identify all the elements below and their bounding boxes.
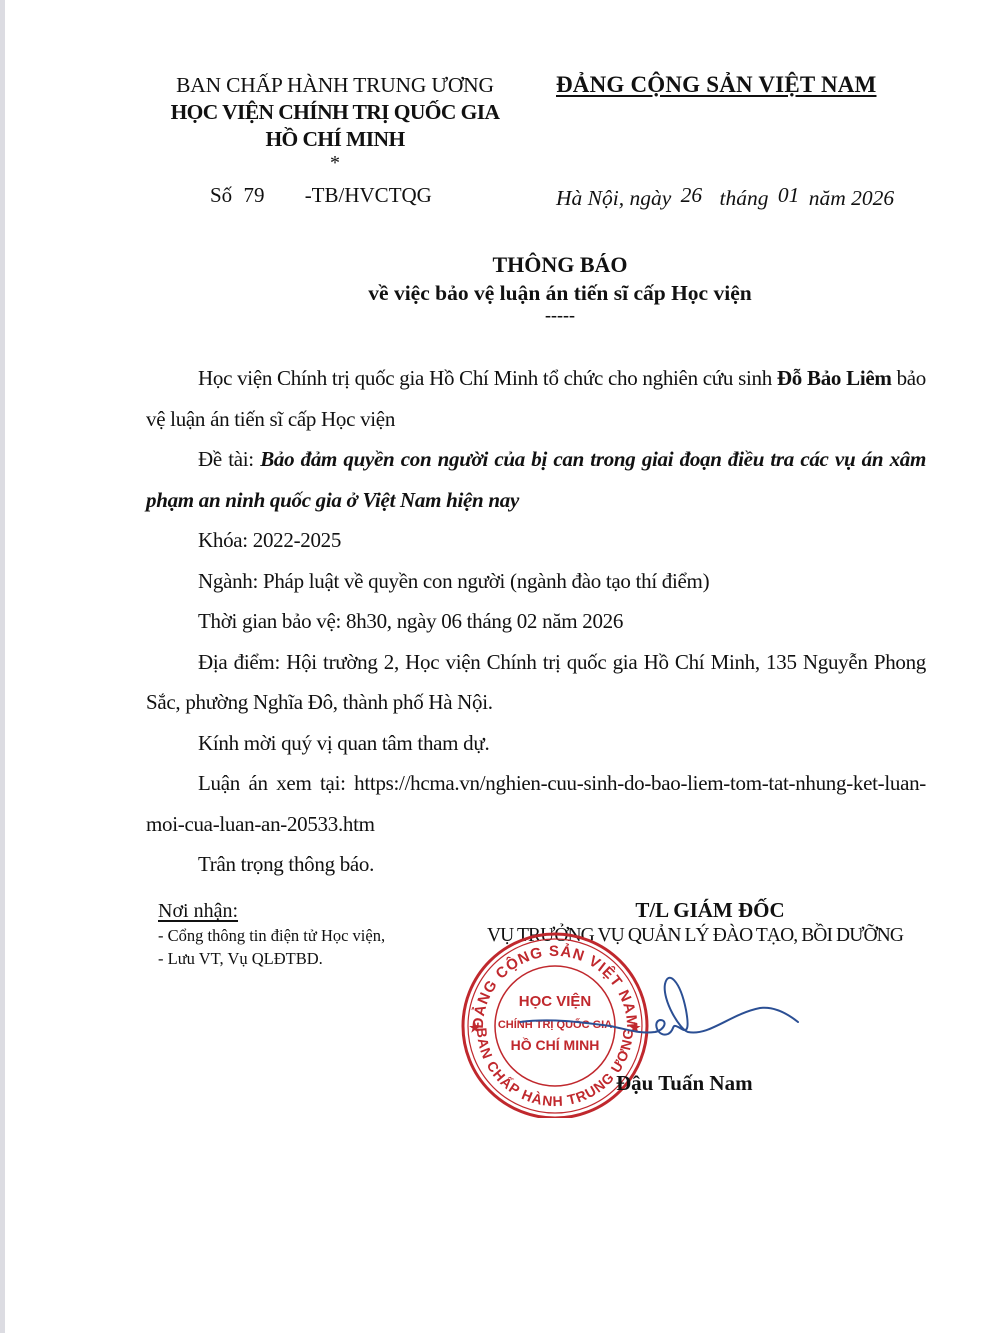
- title-main: THÔNG BÁO: [150, 251, 970, 279]
- location-paragraph: Địa điểm: Hội trường 2, Học viện Chính t…: [146, 642, 926, 723]
- date-day: 26: [681, 183, 703, 208]
- intro-text: Học viện Chính trị quốc gia Hồ Chí Minh …: [198, 366, 777, 390]
- recipients-title: Nơi nhận:: [158, 898, 385, 924]
- month-label: tháng: [720, 186, 769, 210]
- doc-number-suffix: -TB/HVCTQG: [305, 183, 432, 207]
- handwritten-signature-icon: [520, 970, 800, 1050]
- title-separator: -----: [150, 307, 970, 323]
- page-left-edge: [0, 0, 5, 1333]
- invitation-line: Kính mời quý vị quan tâm tham dự.: [146, 723, 926, 764]
- doc-number-value: 79: [243, 183, 299, 208]
- doc-number-prefix: Số: [210, 183, 232, 207]
- signer-position: VỤ TRƯỞNG VỤ QUẢN LÝ ĐÀO TẠO, BỒI DƯỠNG: [400, 923, 990, 949]
- major-line: Ngành: Pháp luật về quyền con người (ngà…: [146, 561, 926, 602]
- document-number: Số 79 -TB/HVCTQG: [210, 183, 432, 208]
- org-parent: BAN CHẤP HÀNH TRUNG ƯƠNG: [150, 72, 520, 99]
- closing-line: Trân trọng thông báo.: [146, 844, 926, 885]
- thesis-link-paragraph: Luận án xem tại: https://hcma.vn/nghien-…: [146, 763, 926, 844]
- place-date: Hà Nội, ngày 26 tháng 01 năm 2026: [556, 183, 894, 211]
- intro-paragraph: Học viện Chính trị quốc gia Hồ Chí Minh …: [146, 358, 926, 439]
- date-year: 2026: [851, 186, 894, 210]
- defense-time-line: Thời gian bảo vệ: 8h30, ngày 06 tháng 02…: [146, 601, 926, 642]
- recipients-block: Nơi nhận: - Cổng thông tin điện tử Học v…: [158, 898, 385, 970]
- topic-title: Bảo đảm quyền con người của bị can trong…: [146, 447, 926, 512]
- party-heading: ĐẢNG CỘNG SẢN VIỆT NAM: [556, 72, 876, 98]
- title-subtitle: về việc bảo vệ luận án tiến sĩ cấp Học v…: [150, 279, 970, 307]
- candidate-name: Đỗ Bảo Liêm: [777, 366, 892, 390]
- issuing-organization: BAN CHẤP HÀNH TRUNG ƯƠNG HỌC VIỆN CHÍNH …: [150, 72, 520, 171]
- recipient-item: - Cổng thông tin điện tử Học viện,: [158, 924, 385, 947]
- on-behalf-title: T/L GIÁM ĐỐC: [430, 897, 990, 923]
- recipient-item: - Lưu VT, Vụ QLĐTBD.: [158, 947, 385, 970]
- place: Hà Nội, ngày: [556, 186, 671, 210]
- course-line: Khóa: 2022-2025: [146, 520, 926, 561]
- document-title: THÔNG BÁO về việc bảo vệ luận án tiến sĩ…: [150, 251, 970, 323]
- org-name-line2: HỒ CHÍ MINH: [150, 126, 520, 153]
- document-body: Học viện Chính trị quốc gia Hồ Chí Minh …: [146, 358, 926, 885]
- thesis-link-label: Luận án xem tại:: [198, 771, 354, 795]
- star-mark: *: [150, 155, 520, 171]
- date-month: 01: [778, 183, 800, 208]
- svg-text:★: ★: [469, 1020, 481, 1035]
- topic-paragraph: Đề tài: Bảo đảm quyền con người của bị c…: [146, 439, 926, 520]
- signature-block: T/L GIÁM ĐỐC VỤ TRƯỞNG VỤ QUẢN LÝ ĐÀO TẠ…: [450, 897, 990, 949]
- org-name-line1: HỌC VIỆN CHÍNH TRỊ QUỐC GIA: [150, 99, 520, 126]
- topic-label: Đề tài:: [198, 447, 260, 471]
- signer-name: Đậu Tuấn Nam: [616, 1071, 753, 1096]
- year-label: năm: [809, 186, 846, 210]
